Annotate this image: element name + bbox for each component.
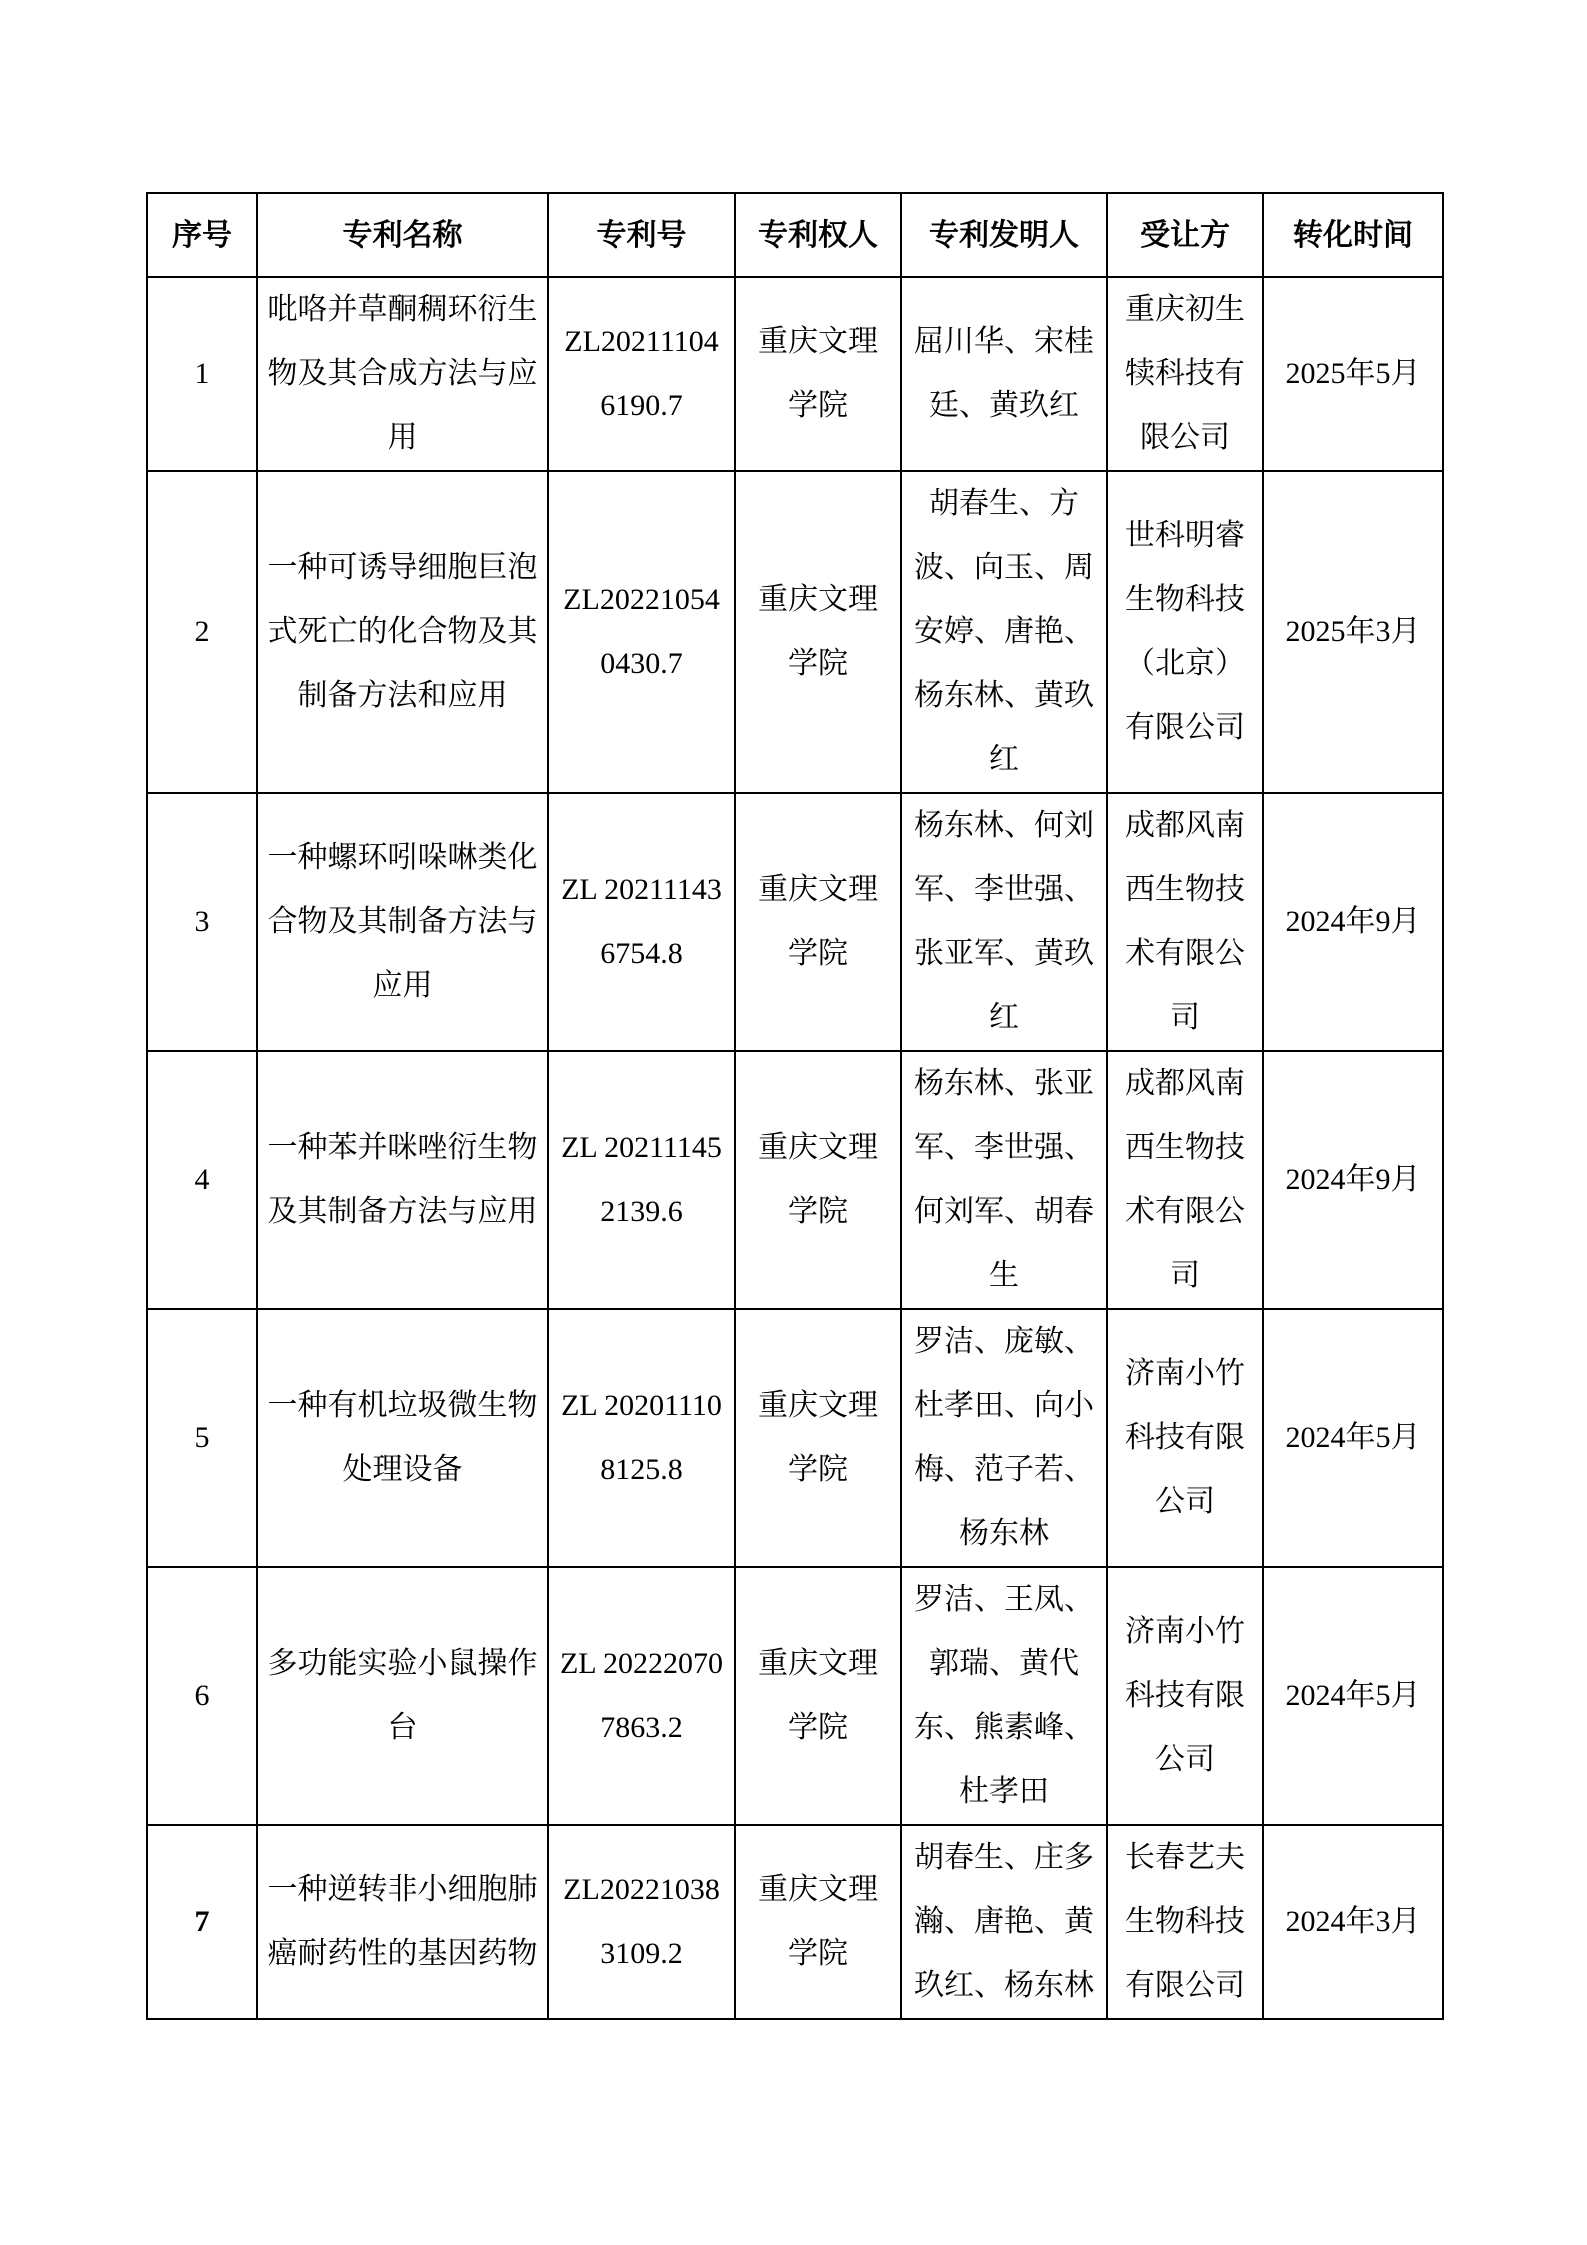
table-row: 2 一种可诱导细胞巨泡式死亡的化合物及其制备方法和应用 ZL2022105404… bbox=[147, 471, 1443, 793]
cell-transfer-date: 2024年9月 bbox=[1263, 793, 1443, 1051]
patent-transfer-table: 序号 专利名称 专利号 专利权人 专利发明人 受让方 转化时间 1 吡咯并草酮稠… bbox=[146, 192, 1444, 2020]
header-index: 序号 bbox=[147, 193, 257, 277]
cell-assignee: 长春艺夫生物科技有限公司 bbox=[1107, 1825, 1263, 2019]
cell-patent-number: ZL 202111436754.8 bbox=[548, 793, 735, 1051]
cell-index: 5 bbox=[147, 1309, 257, 1567]
cell-inventors: 胡春生、方波、向玉、周安婷、唐艳、杨东林、黄玖红 bbox=[901, 471, 1107, 793]
header-transfer-date: 转化时间 bbox=[1263, 193, 1443, 277]
header-patent-number: 专利号 bbox=[548, 193, 735, 277]
cell-patent-name: 多功能实验小鼠操作台 bbox=[257, 1567, 548, 1825]
cell-inventors: 胡春生、庄多瀚、唐艳、黄玖红、杨东林 bbox=[901, 1825, 1107, 2019]
cell-patentee: 重庆文理学院 bbox=[735, 471, 901, 793]
header-patentee: 专利权人 bbox=[735, 193, 901, 277]
cell-index: 3 bbox=[147, 793, 257, 1051]
cell-patent-name: 一种逆转非小细胞肺癌耐药性的基因药物 bbox=[257, 1825, 548, 2019]
document-page: 序号 专利名称 专利号 专利权人 专利发明人 受让方 转化时间 1 吡咯并草酮稠… bbox=[0, 0, 1587, 2245]
cell-patent-name: 吡咯并草酮稠环衍生物及其合成方法与应用 bbox=[257, 277, 548, 471]
cell-index: 7 bbox=[147, 1825, 257, 2019]
cell-assignee: 济南小竹科技有限公司 bbox=[1107, 1309, 1263, 1567]
cell-patent-name: 一种苯并咪唑衍生物及其制备方法与应用 bbox=[257, 1051, 548, 1309]
cell-patentee: 重庆文理学院 bbox=[735, 1567, 901, 1825]
cell-transfer-date: 2025年3月 bbox=[1263, 471, 1443, 793]
table-row: 3 一种螺环吲哚啉类化合物及其制备方法与应用 ZL 202111436754.8… bbox=[147, 793, 1443, 1051]
cell-transfer-date: 2025年5月 bbox=[1263, 277, 1443, 471]
cell-index: 2 bbox=[147, 471, 257, 793]
cell-patent-number: ZL202210540430.7 bbox=[548, 471, 735, 793]
cell-assignee: 世科明睿生物科技（北京）有限公司 bbox=[1107, 471, 1263, 793]
table-row: 5 一种有机垃圾微生物处理设备 ZL 202011108125.8 重庆文理学院… bbox=[147, 1309, 1443, 1567]
cell-transfer-date: 2024年9月 bbox=[1263, 1051, 1443, 1309]
cell-transfer-date: 2024年5月 bbox=[1263, 1309, 1443, 1567]
cell-patentee: 重庆文理学院 bbox=[735, 277, 901, 471]
cell-patent-name: 一种可诱导细胞巨泡式死亡的化合物及其制备方法和应用 bbox=[257, 471, 548, 793]
cell-assignee: 重庆初生犊科技有限公司 bbox=[1107, 277, 1263, 471]
cell-index: 6 bbox=[147, 1567, 257, 1825]
cell-patent-name: 一种螺环吲哚啉类化合物及其制备方法与应用 bbox=[257, 793, 548, 1051]
cell-patentee: 重庆文理学院 bbox=[735, 793, 901, 1051]
cell-patentee: 重庆文理学院 bbox=[735, 1825, 901, 2019]
table-row: 1 吡咯并草酮稠环衍生物及其合成方法与应用 ZL202111046190.7 重… bbox=[147, 277, 1443, 471]
table-row: 6 多功能实验小鼠操作台 ZL 202220707863.2 重庆文理学院 罗洁… bbox=[147, 1567, 1443, 1825]
cell-inventors: 屈川华、宋桂廷、黄玖红 bbox=[901, 277, 1107, 471]
cell-patent-number: ZL202111046190.7 bbox=[548, 277, 735, 471]
cell-patent-number: ZL 202220707863.2 bbox=[548, 1567, 735, 1825]
cell-index: 4 bbox=[147, 1051, 257, 1309]
cell-assignee: 成都风南西生物技术有限公司 bbox=[1107, 1051, 1263, 1309]
cell-inventors: 罗洁、庞敏、杜孝田、向小梅、范子若、杨东林 bbox=[901, 1309, 1107, 1567]
cell-transfer-date: 2024年5月 bbox=[1263, 1567, 1443, 1825]
cell-inventors: 罗洁、王凤、郭瑞、黄代东、熊素峰、杜孝田 bbox=[901, 1567, 1107, 1825]
cell-patent-number: ZL202210383109.2 bbox=[548, 1825, 735, 2019]
cell-inventors: 杨东林、何刘军、李世强、张亚军、黄玖红 bbox=[901, 793, 1107, 1051]
cell-patent-number: ZL 202011108125.8 bbox=[548, 1309, 735, 1567]
table-row: 4 一种苯并咪唑衍生物及其制备方法与应用 ZL 202111452139.6 重… bbox=[147, 1051, 1443, 1309]
cell-index: 1 bbox=[147, 277, 257, 471]
table-row: 7 一种逆转非小细胞肺癌耐药性的基因药物 ZL202210383109.2 重庆… bbox=[147, 1825, 1443, 2019]
cell-transfer-date: 2024年3月 bbox=[1263, 1825, 1443, 2019]
cell-patent-number: ZL 202111452139.6 bbox=[548, 1051, 735, 1309]
header-inventors: 专利发明人 bbox=[901, 193, 1107, 277]
table-header-row: 序号 专利名称 专利号 专利权人 专利发明人 受让方 转化时间 bbox=[147, 193, 1443, 277]
cell-patentee: 重庆文理学院 bbox=[735, 1051, 901, 1309]
cell-assignee: 成都风南西生物技术有限公司 bbox=[1107, 793, 1263, 1051]
cell-assignee: 济南小竹科技有限公司 bbox=[1107, 1567, 1263, 1825]
cell-inventors: 杨东林、张亚军、李世强、何刘军、胡春生 bbox=[901, 1051, 1107, 1309]
cell-patentee: 重庆文理学院 bbox=[735, 1309, 901, 1567]
cell-patent-name: 一种有机垃圾微生物处理设备 bbox=[257, 1309, 548, 1567]
header-patent-name: 专利名称 bbox=[257, 193, 548, 277]
header-assignee: 受让方 bbox=[1107, 193, 1263, 277]
